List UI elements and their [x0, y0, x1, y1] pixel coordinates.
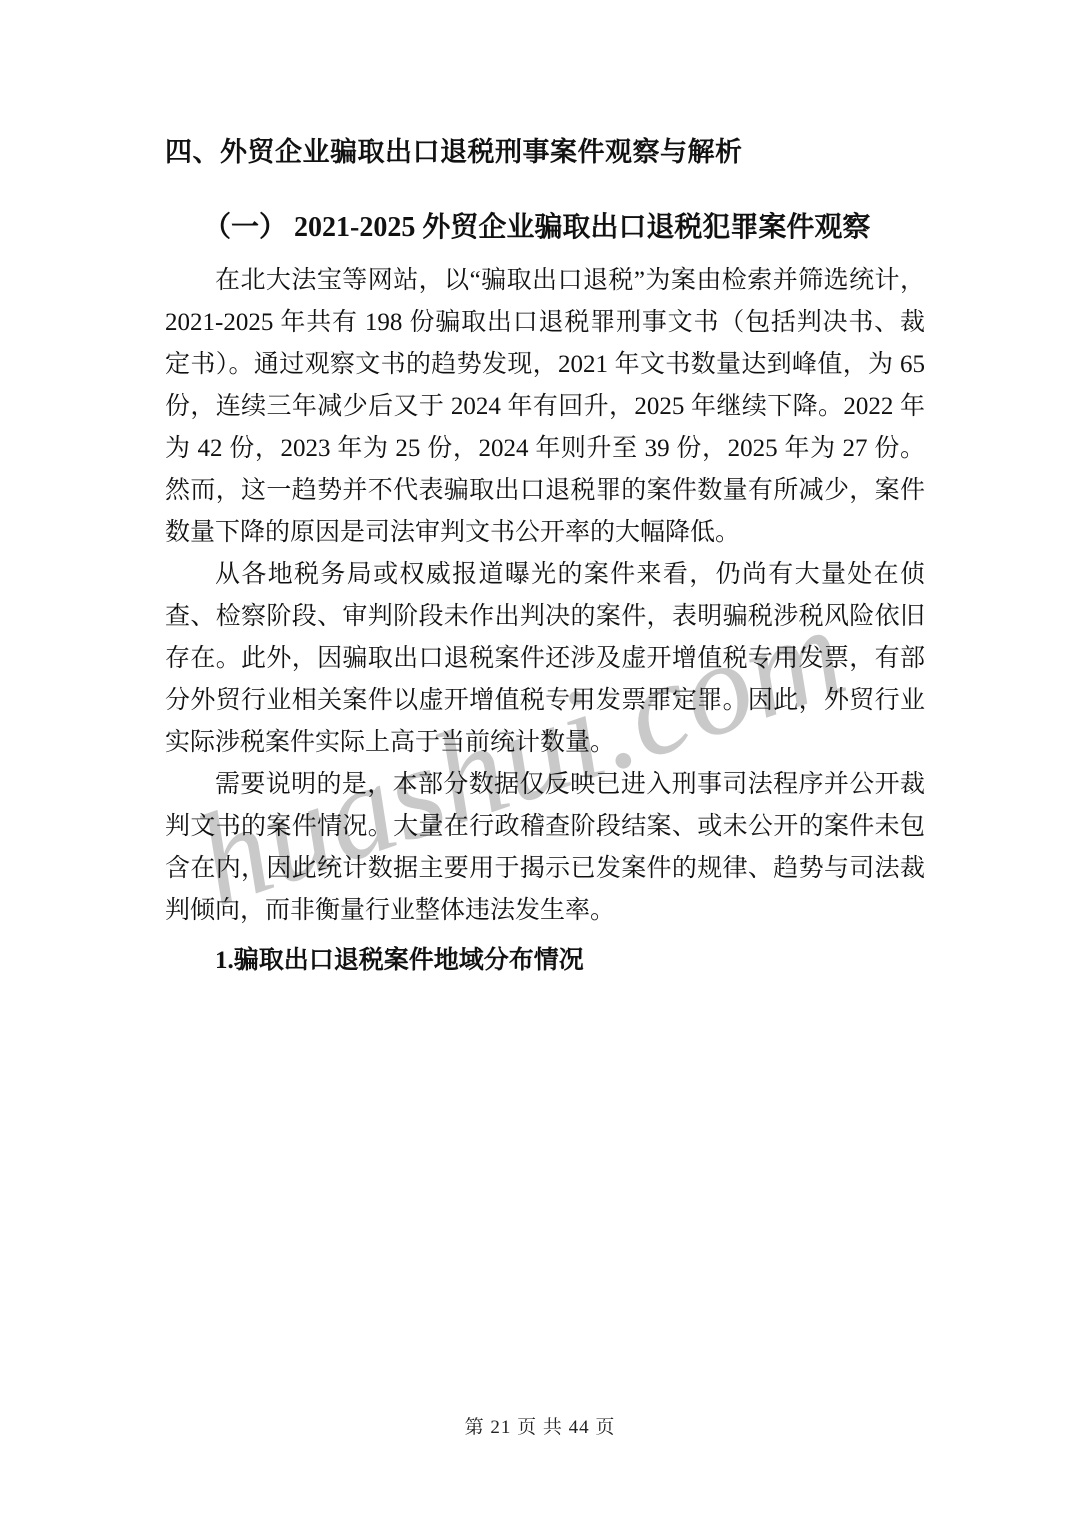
section-heading: 四、外贸企业骗取出口退税刑事案件观察与解析 — [165, 130, 925, 174]
numbered-subheading: 1.骗取出口退税案件地域分布情况 — [165, 940, 925, 982]
page-footer: 第 21 页 共 44 页 — [0, 1414, 1080, 1442]
page-content: 四、外贸企业骗取出口退税刑事案件观察与解析 （一） 2021-2025 外贸企业… — [0, 0, 925, 982]
paragraph: 从各地税务局或权威报道曝光的案件来看，仍尚有大量处在侦查、检察阶段、审判阶段未作… — [165, 554, 925, 764]
document-page: huashui.com 四、外贸企业骗取出口退税刑事案件观察与解析 （一） 20… — [0, 0, 1080, 1529]
paragraph: 需要说明的是，本部分数据仅反映已进入刑事司法程序并公开裁判文书的案件情况。大量在… — [165, 764, 925, 932]
subsection-heading: （一） 2021-2025 外贸企业骗取出口退税犯罪案件观察 — [203, 206, 925, 250]
paragraph: 在北大法宝等网站，以“骗取出口退税”为案由检索并筛选统计，2021-2025 年… — [165, 260, 925, 554]
